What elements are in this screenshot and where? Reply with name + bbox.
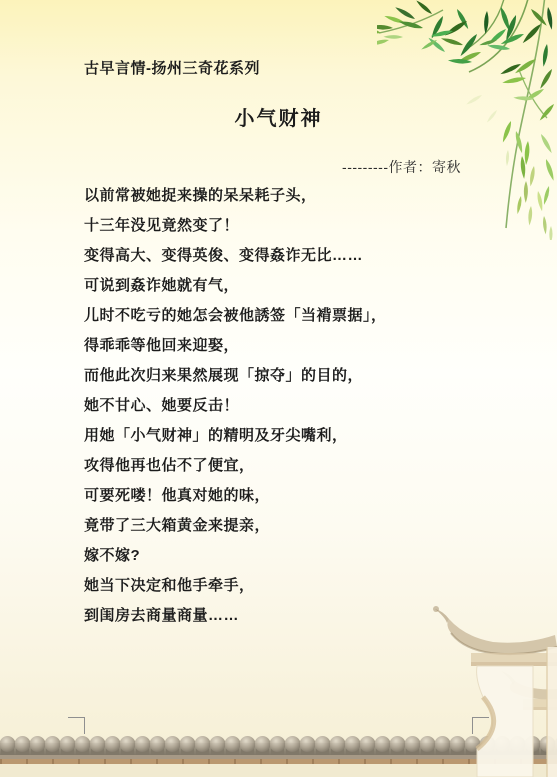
synopsis-line: 到闺房去商量商量…… [84, 608, 473, 624]
synopsis-line: 攻得他再也佔不了便宜， [84, 458, 473, 474]
cover-text-block: 古早言情-扬州三奇花系列 小气财神 ---------作者：寄秋 以前常被她捉来… [84, 60, 473, 638]
synopsis-line: 十三年没见竟然变了！ [84, 218, 473, 234]
corner-mark-left [68, 717, 85, 734]
synopsis-line: 得乖乖等他回来迎娶， [84, 338, 473, 354]
author-line: ---------作者：寄秋 [84, 158, 473, 176]
synopsis-line: 可要死喽！他真对她的味， [84, 488, 473, 504]
synopsis-line: 用她「小气财神」的精明及牙尖嘴利， [84, 428, 473, 444]
synopsis-line: 嫁不嫁? [84, 548, 473, 564]
book-title: 小气财神 [84, 106, 473, 132]
synopsis-line: 以前常被她捉来操的呆呆耗子头， [84, 188, 473, 204]
synopsis: 以前常被她捉来操的呆呆耗子头， 十三年没见竟然变了！ 变得高大、变得英俊、变得姦… [84, 188, 473, 624]
corner-mark-right [472, 717, 489, 734]
synopsis-line: 变得高大、变得英俊、变得姦诈无比…… [84, 248, 473, 264]
book-cover-page: 古早言情-扬州三奇花系列 小气财神 ---------作者：寄秋 以前常被她捉来… [0, 0, 557, 777]
synopsis-line: 而他此次归来果然展现「掠夺」的目的， [84, 368, 473, 384]
synopsis-line: 儿时不吃亏的她怎会被他誘签「当褙票据」， [84, 308, 473, 324]
synopsis-line: 她当下决定和他手牵手， [84, 578, 473, 594]
synopsis-line: 竟带了三大箱黄金来提亲， [84, 518, 473, 534]
synopsis-line: 她不甘心、她要反击！ [84, 398, 473, 414]
series-label: 古早言情-扬州三奇花系列 [84, 60, 473, 78]
synopsis-line: 可说到姦诈她就有气， [84, 278, 473, 294]
